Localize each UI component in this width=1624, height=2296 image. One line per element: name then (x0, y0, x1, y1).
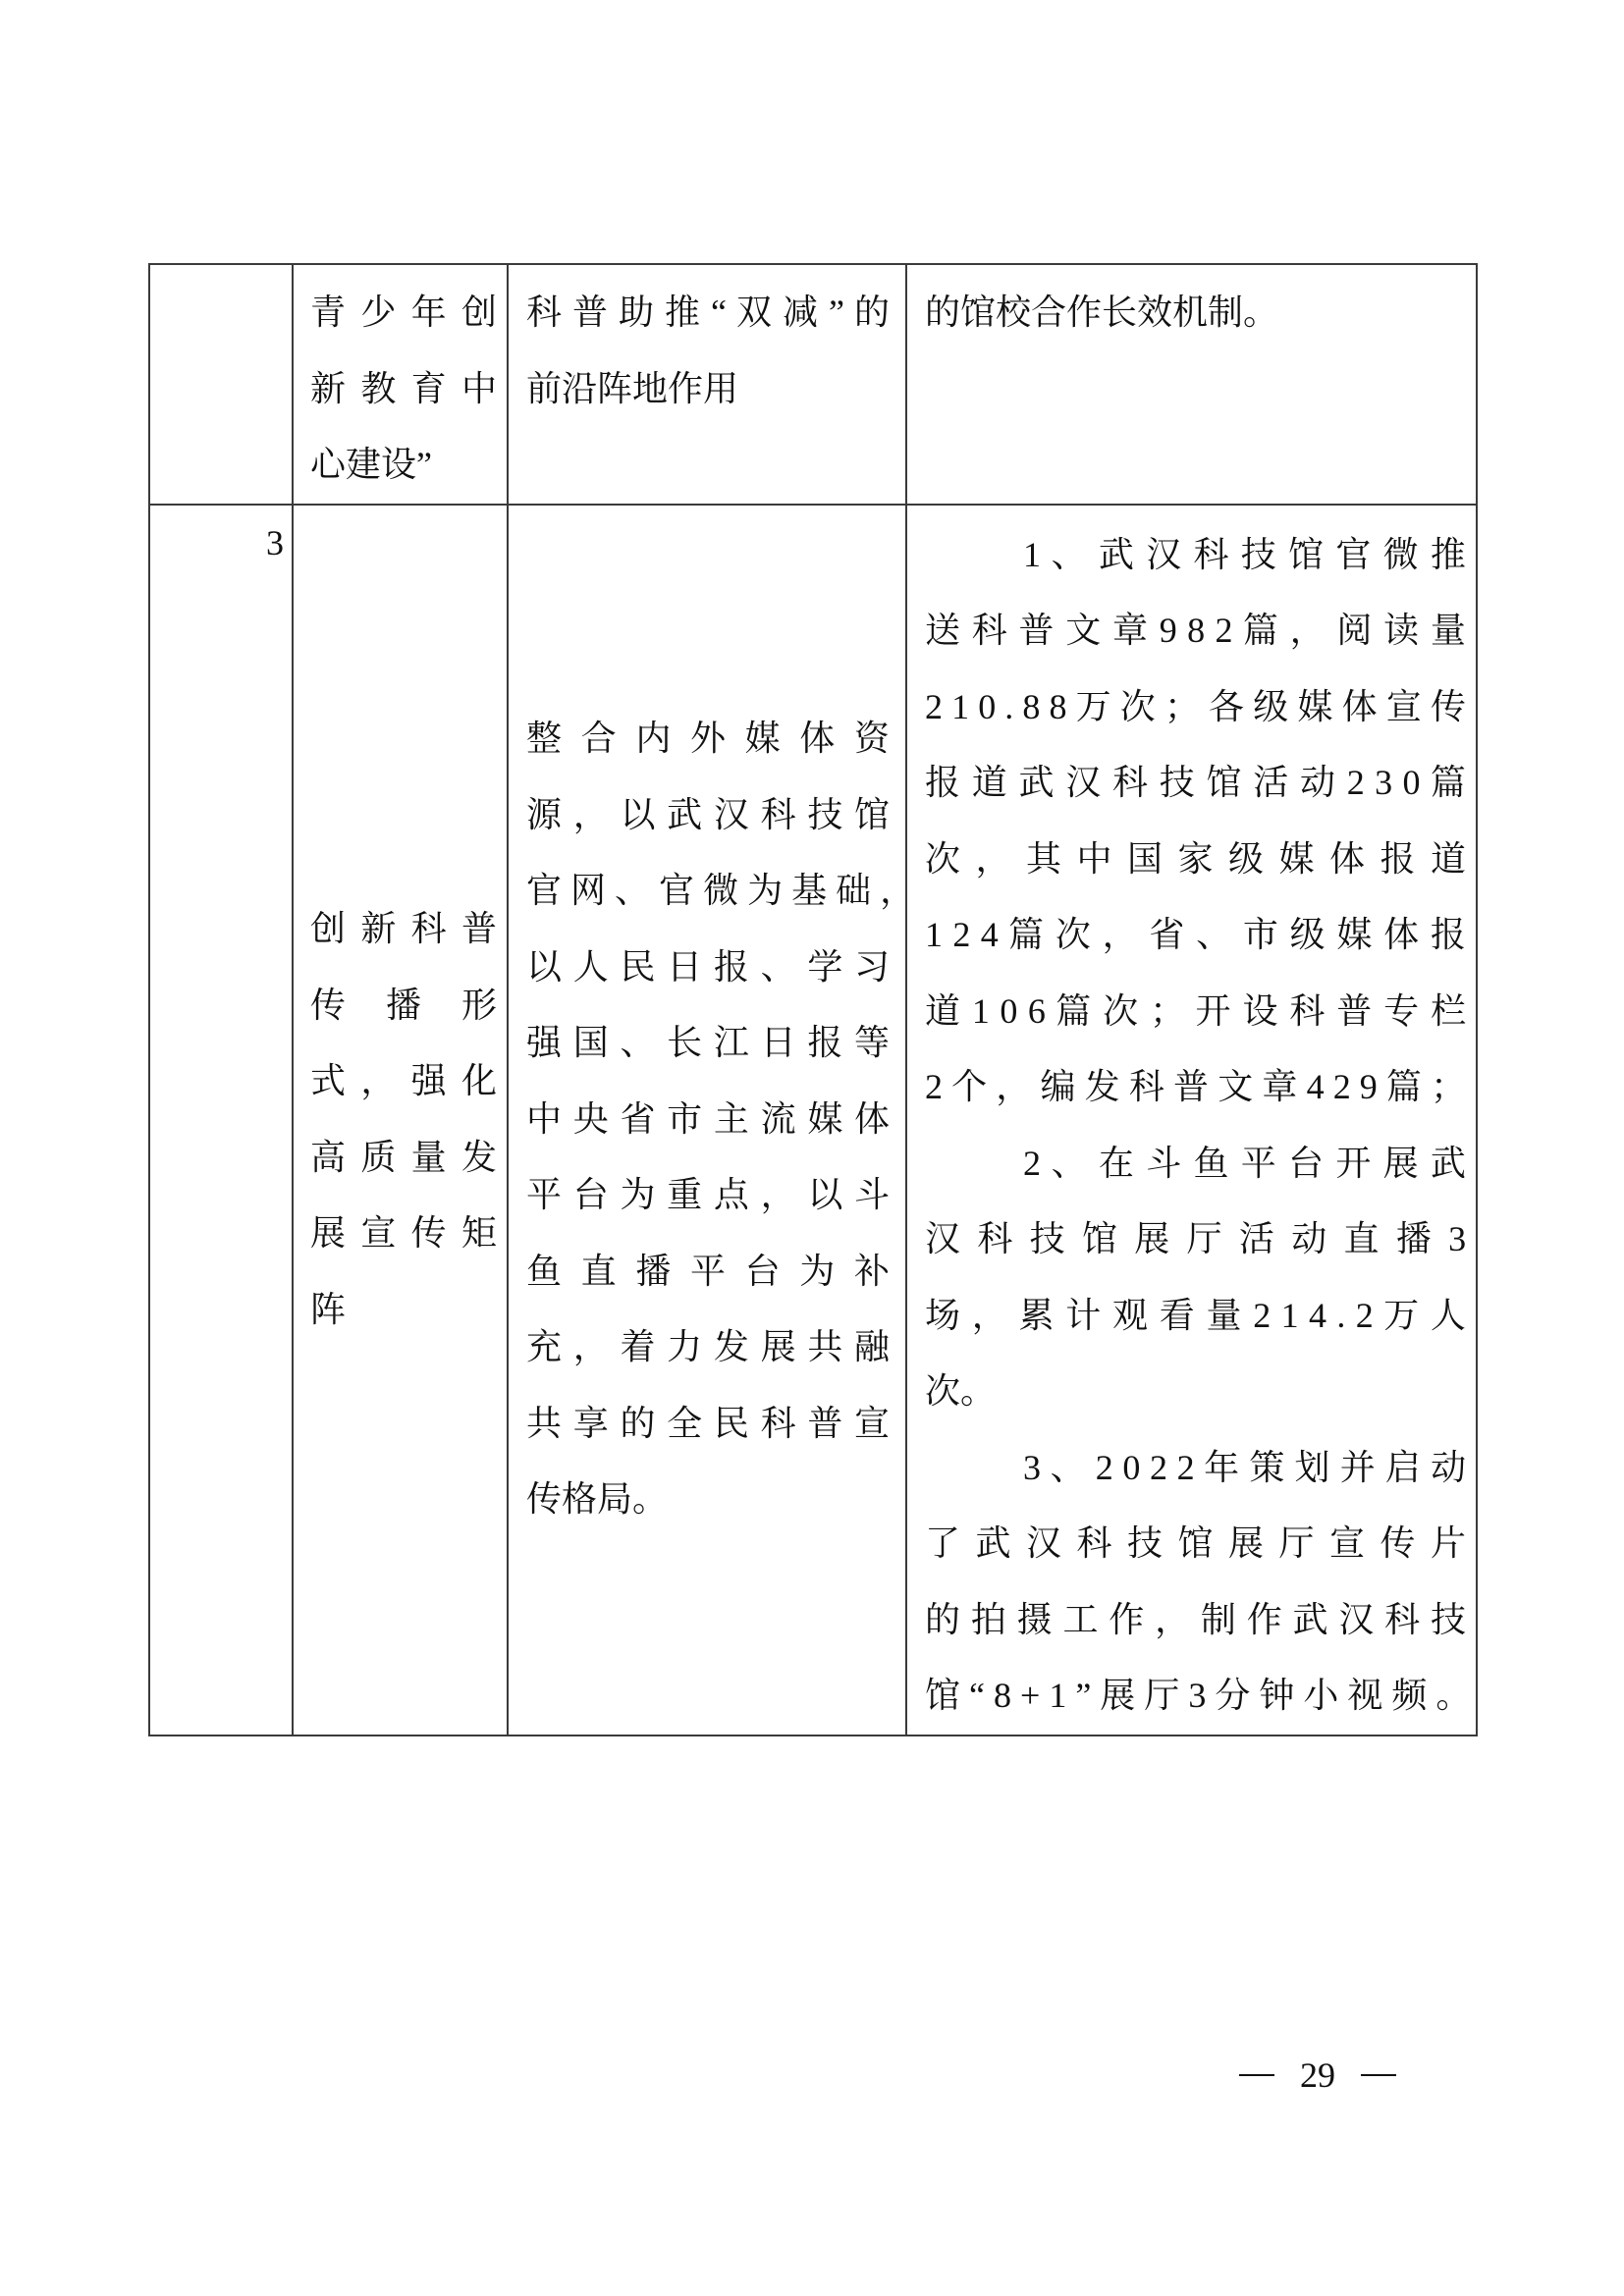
task-line: 高 质 量 发 (310, 1120, 497, 1197)
result-line: 次。 (925, 1354, 1466, 1430)
table-row: 青 少 年 创 新 教 育 中 心建设” 科 普 助 推 “ 双 减 ” 的 前… (149, 264, 1477, 505)
goal-line: 传格局。 (526, 1462, 890, 1538)
result-line: 了 武 汉 科 技 馆 展 厅 宣 传 片 (925, 1506, 1466, 1582)
result-line: 送 科 普 文 章 9 8 2 篇 ， 阅 读 量 (925, 593, 1466, 669)
result-cell: 的馆校合作长效机制。 (906, 264, 1477, 505)
goal-line: 源 ， 以 武 汉 科 技 馆 (526, 777, 890, 854)
result-line: 汉 科 技 馆 展 厅 活 动 直 播 3 (925, 1201, 1466, 1278)
result-line: 道 1 0 6 篇 次 ； 开 设 科 普 专 栏 (925, 974, 1466, 1050)
row-number-cell (149, 264, 293, 505)
result-line: 报 道 武 汉 科 技 馆 活 动 2 3 0 篇 (925, 745, 1466, 822)
task-cell: 创 新 科 普 传 播 形 式 ， 强 化 高 质 量 发 展 宣 传 矩 阵 (293, 505, 508, 1735)
result-line: 3 、 2 0 2 2 年 策 划 并 启 动 (925, 1430, 1466, 1507)
task-line: 心建设” (310, 427, 497, 504)
row-number-cell: 3 (149, 505, 293, 1735)
goal-cell: 整 合 内 外 媒 体 资 源 ， 以 武 汉 科 技 馆 官 网 、 官 微 … (508, 505, 906, 1735)
dash-left-decoration (1239, 2074, 1274, 2076)
goal-line: 整 合 内 外 媒 体 资 (526, 701, 890, 777)
task-line: 新 教 育 中 (310, 351, 497, 428)
result-line: 次 ， 其 中 国 家 级 媒 体 报 道 (925, 822, 1466, 898)
document-page: 青 少 年 创 新 教 育 中 心建设” 科 普 助 推 “ 双 减 ” 的 前… (0, 0, 1624, 2296)
goal-cell: 科 普 助 推 “ 双 减 ” 的 前沿阵地作用 (508, 264, 906, 505)
result-line: 2 1 0 . 8 8 万 次 ； 各 级 媒 体 宣 传 (925, 669, 1466, 746)
goal-line: 充 ， 着 力 发 展 共 融 (526, 1309, 890, 1386)
task-line: 阵 (310, 1272, 497, 1349)
page-number-footer: 29 (1239, 2054, 1396, 2097)
table-row: 3 创 新 科 普 传 播 形 式 ， 强 化 高 质 量 发 展 宣 传 矩 … (149, 505, 1477, 1735)
result-line: 2 个 ， 编 发 科 普 文 章 4 2 9 篇 ； (925, 1049, 1466, 1126)
goal-line: 官 网 、 官 微 为 基 础 ， (526, 853, 890, 930)
task-cell: 青 少 年 创 新 教 育 中 心建设” (293, 264, 508, 505)
result-line: 2 、 在 斗 鱼 平 台 开 展 武 (925, 1126, 1466, 1202)
result-line: 的馆校合作长效机制。 (925, 275, 1466, 351)
task-line: 青 少 年 创 (310, 275, 497, 351)
goal-line: 以 人 民 日 报 、 学 习 (526, 930, 890, 1006)
task-line: 展 宣 传 矩 (310, 1196, 497, 1272)
result-line: 1 、 武 汉 科 技 馆 官 微 推 (925, 517, 1466, 594)
task-line: 传 播 形 (310, 968, 497, 1044)
page-number: 29 (1300, 2055, 1335, 2096)
goal-line: 前沿阵地作用 (526, 351, 890, 428)
row-number: 3 (150, 506, 292, 582)
dash-right-decoration (1361, 2074, 1396, 2076)
task-line: 创 新 科 普 (310, 891, 497, 968)
goal-line: 中 央 省 市 主 流 媒 体 (526, 1082, 890, 1158)
task-line: 式 ， 强 化 (310, 1043, 497, 1120)
result-line: 的 拍 摄 工 作 ， 制 作 武 汉 科 技 (925, 1582, 1466, 1659)
goal-line: 平 台 为 重 点 ， 以 斗 (526, 1157, 890, 1234)
goal-line: 共 享 的 全 民 科 普 宣 (526, 1386, 890, 1463)
result-line: 场 ， 累 计 观 看 量 2 1 4 . 2 万 人 (925, 1278, 1466, 1355)
work-plan-table: 青 少 年 创 新 教 育 中 心建设” 科 普 助 推 “ 双 减 ” 的 前… (148, 263, 1478, 1736)
goal-line: 强 国 、 长 江 日 报 等 (526, 1005, 890, 1082)
result-line: 1 2 4 篇 次 ， 省 、 市 级 媒 体 报 (925, 897, 1466, 974)
goal-line: 鱼 直 播 平 台 为 补 (526, 1234, 890, 1310)
goal-line: 科 普 助 推 “ 双 减 ” 的 (526, 275, 890, 351)
result-cell: 1 、 武 汉 科 技 馆 官 微 推 送 科 普 文 章 9 8 2 篇 ， … (906, 505, 1477, 1735)
result-line: 馆 “ 8 + 1 ” 展 厅 3 分 钟 小 视 频 。 (925, 1658, 1466, 1735)
